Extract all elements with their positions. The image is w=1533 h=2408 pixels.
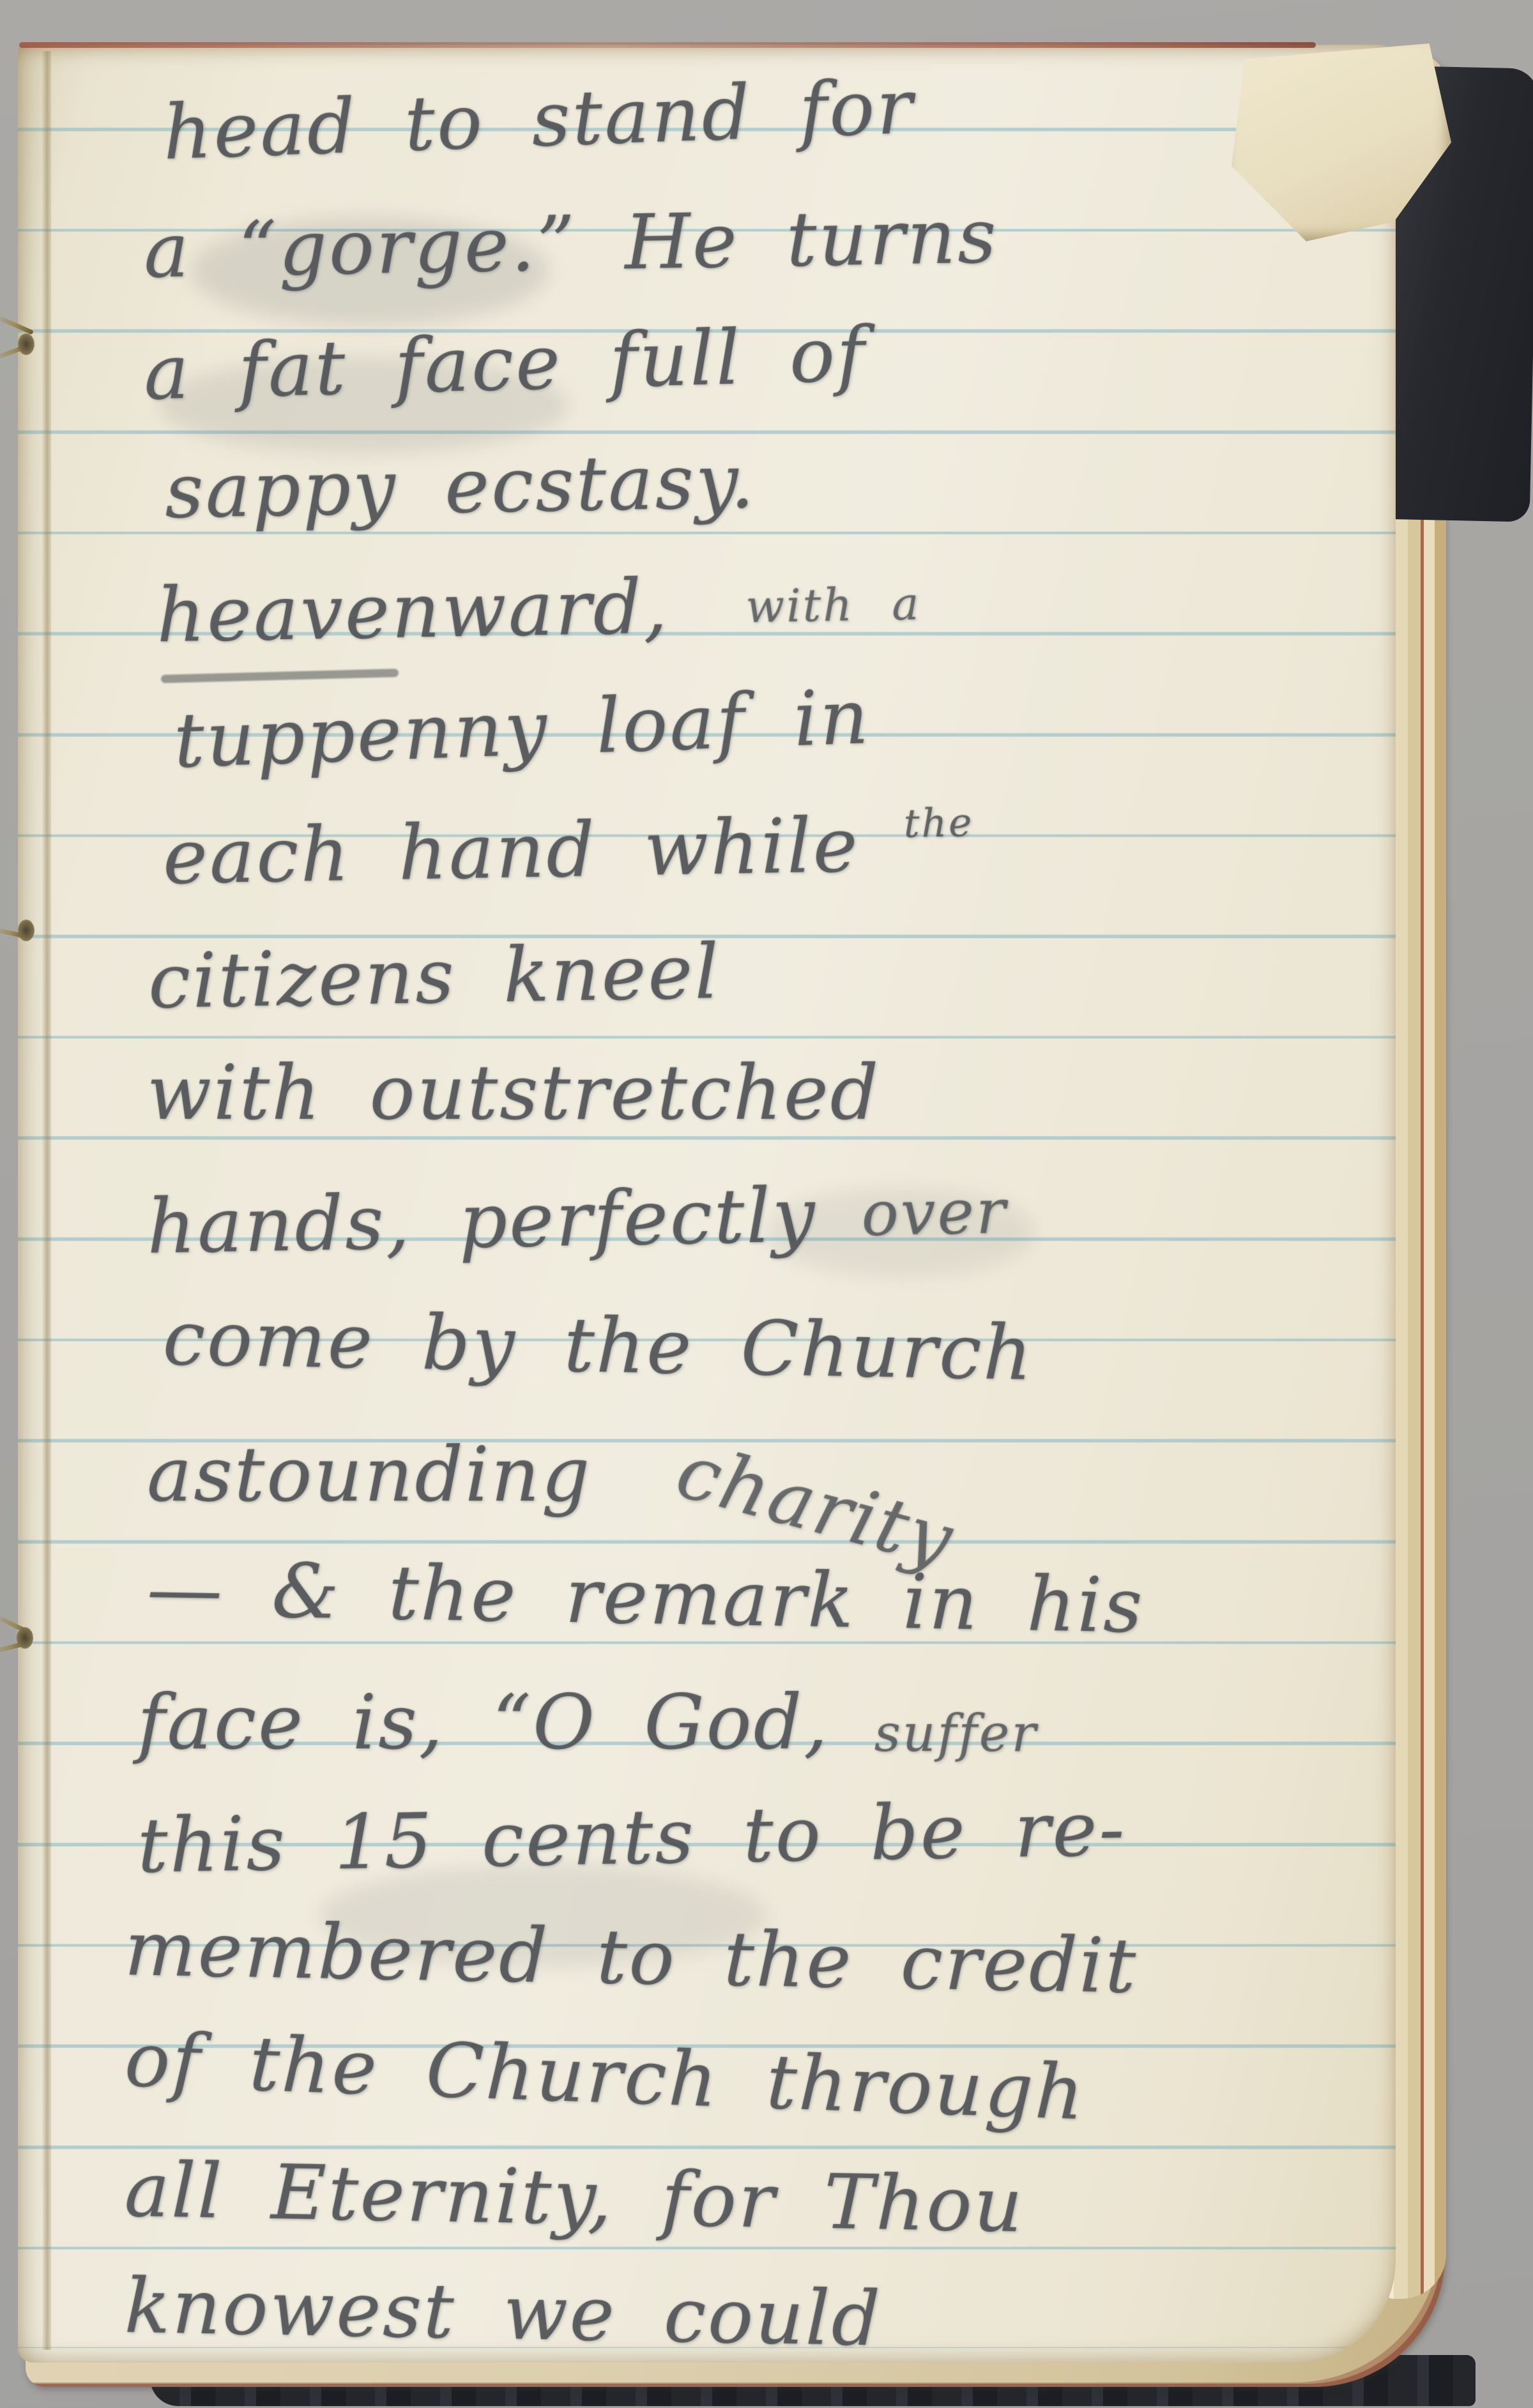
- handwriting-text: citizens kneel: [148, 927, 721, 1026]
- handwriting-text-inserted: the: [903, 800, 974, 847]
- handwriting-text: knowest we could: [124, 2262, 883, 2363]
- handwriting-text-inserted: with a: [745, 577, 921, 633]
- handwriting-text: hands, perfectly: [146, 1170, 818, 1270]
- handwriting-text: each hand while: [162, 801, 860, 901]
- handwriting-line: with outstretched: [147, 1049, 880, 1137]
- handwriting-text: face is, “O God,: [137, 1678, 830, 1766]
- handwriting-line: come by the Church: [162, 1294, 1035, 1397]
- handwriting-text: all Eternity, for Thou: [124, 2146, 1025, 2250]
- handwriting-text: come by the Church: [162, 1294, 1035, 1397]
- handwriting-text: head to stand for: [162, 63, 916, 177]
- handwriting-line: a fat face full of: [142, 310, 867, 417]
- handwriting-line: tuppenny loaf in: [172, 672, 872, 785]
- handwriting-line: all Eternity, for Thou: [124, 2146, 1025, 2250]
- handwriting-line: citizens kneel: [148, 927, 721, 1026]
- handwriting-line: face is, “O God,suffer: [137, 1678, 1038, 1766]
- handwriting-line: this 15 cents to be re-: [137, 1785, 1127, 1890]
- handwriting-line: sappy ecstasy.: [164, 437, 757, 535]
- handwriting-text-inserted: suffer: [874, 1704, 1038, 1763]
- handwriting-line: astoundingcharity: [147, 1430, 957, 1518]
- handwriting-line: knowest we could: [124, 2262, 883, 2363]
- scanned-notebook-page: head to stand fora “gorge.” He turnsa fa…: [0, 0, 1533, 2408]
- handwriting-line: heavenward,with a: [156, 558, 922, 660]
- handwriting-text: tuppenny loaf in: [172, 672, 872, 785]
- handwriting-text: astounding: [147, 1430, 591, 1518]
- handwriting-text: of the Church through: [123, 2015, 1087, 2137]
- handwriting-text: heavenward,: [156, 562, 670, 659]
- handwriting-line: of the Church through: [123, 2015, 1087, 2137]
- handwriting-text: membered to the credit: [124, 1904, 1138, 2010]
- handwriting-line: a “gorge.” He turns: [143, 192, 999, 294]
- handwriting-line: — & the remark in his: [146, 1544, 1145, 1649]
- handwriting-text: with outstretched: [147, 1049, 880, 1137]
- handwritten-text-block: head to stand fora “gorge.” He turnsa fa…: [0, 0, 1533, 2408]
- handwriting-text: a fat face full of: [142, 310, 867, 417]
- handwriting-line: hands, perfectlyover: [146, 1167, 1008, 1270]
- handwriting-text-inserted: over: [861, 1175, 1008, 1250]
- handwriting-line: each hand whilethe: [162, 799, 975, 901]
- handwriting-text: a “gorge.” He turns: [143, 192, 999, 294]
- handwriting-line: head to stand for: [162, 63, 916, 177]
- handwriting-text: sappy ecstasy.: [164, 437, 757, 535]
- handwriting-text: — & the remark in his: [146, 1544, 1145, 1649]
- handwriting-text: this 15 cents to be re-: [137, 1785, 1127, 1890]
- handwriting-line: membered to the credit: [124, 1904, 1138, 2010]
